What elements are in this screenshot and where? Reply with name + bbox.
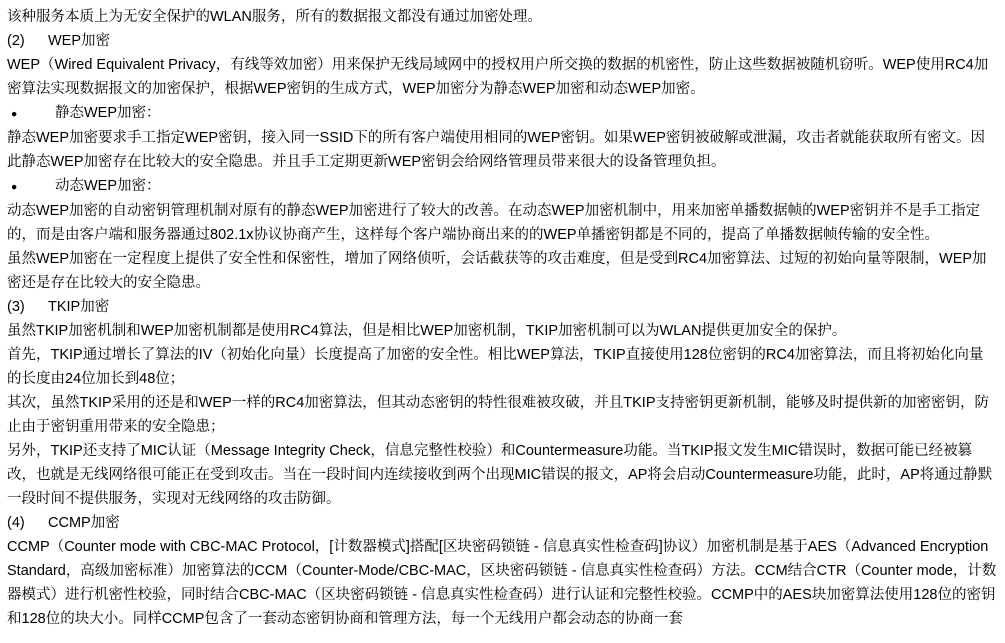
bullet-label: 动态WEP加密： xyxy=(55,178,161,194)
section-heading-wep: (2)WEP加密 xyxy=(7,29,997,53)
paragraph-wep-limitations: 虽然WEP加密在一定程度上提供了安全性和保密性，增加了网络侦听，会话截获等的攻击… xyxy=(7,247,997,295)
bullet-item-static-wep: ●静态WEP加密： xyxy=(7,101,997,126)
bullet-icon: ● xyxy=(7,102,55,126)
bullet-label: 静态WEP加密： xyxy=(55,105,161,121)
paragraph-tkip-key-update: 其次，虽然TKIP采用的还是和WEP一样的RC4加密算法，但其动态密钥的特性很难… xyxy=(7,391,997,439)
section-title: WEP加密 xyxy=(48,33,110,49)
paragraph-no-security-intro: 该种服务本质上为无安全保护的WLAN服务，所有的数据报文都没有通过加密处理。 xyxy=(7,5,997,29)
paragraph-static-wep: 静态WEP加密要求手工指定WEP密钥，接入同一SSID下的所有客户端使用相同的W… xyxy=(7,126,997,174)
paragraph-dynamic-wep: 动态WEP加密的自动密钥管理机制对原有的静态WEP加密进行了较大的改善。在动态W… xyxy=(7,199,997,247)
section-number: (4) xyxy=(7,511,48,535)
paragraph-tkip-mic: 另外，TKIP还支持了MIC认证（Message Integrity Check… xyxy=(7,439,997,511)
document-body: 该种服务本质上为无安全保护的WLAN服务，所有的数据报文都没有通过加密处理。 (… xyxy=(0,0,1005,643)
section-title: TKIP加密 xyxy=(48,299,109,315)
paragraph-tkip-overview: 虽然TKIP加密机制和WEP加密机制都是使用RC4算法，但是相比WEP加密机制，… xyxy=(7,319,997,343)
section-title: CCMP加密 xyxy=(48,515,120,531)
bullet-icon: ● xyxy=(7,175,55,199)
paragraph-tkip-iv-length: 首先，TKIP通过增长了算法的IV（初始化向量）长度提高了加密的安全性。相比WE… xyxy=(7,343,997,391)
paragraph-wep-overview: WEP（Wired Equivalent Privacy，有线等效加密）用来保护… xyxy=(7,53,997,101)
paragraph-ccmp: CCMP（Counter mode with CBC-MAC Protocol，… xyxy=(7,535,997,631)
section-heading-tkip: (3)TKIP加密 xyxy=(7,295,997,319)
section-number: (3) xyxy=(7,295,48,319)
section-number: (2) xyxy=(7,29,48,53)
bullet-item-dynamic-wep: ●动态WEP加密： xyxy=(7,174,997,199)
section-heading-ccmp: (4)CCMP加密 xyxy=(7,511,997,535)
